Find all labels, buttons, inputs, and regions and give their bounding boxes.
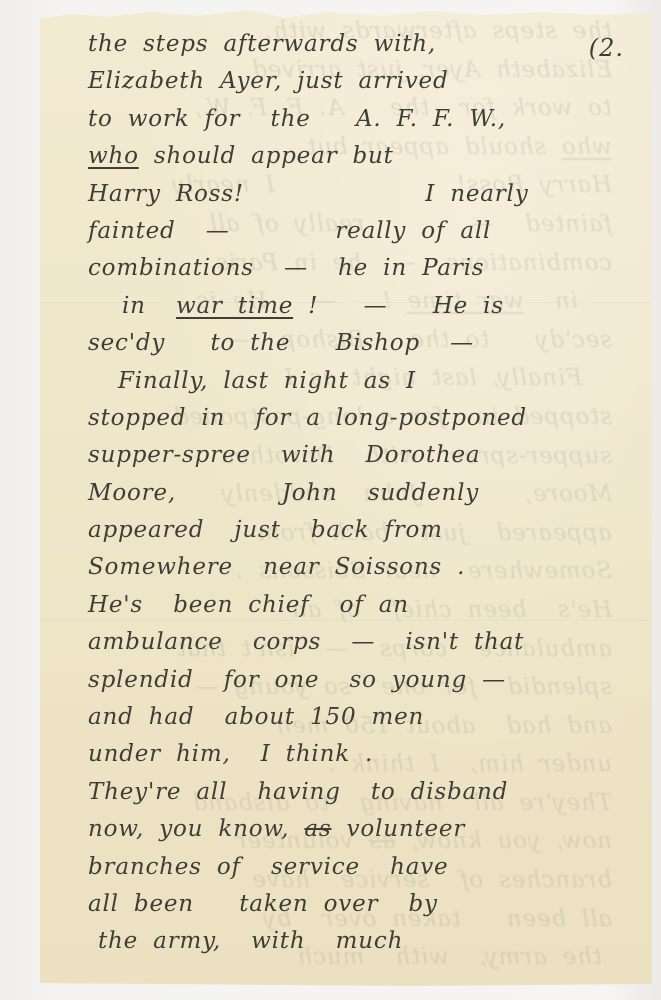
handwritten-text: He's been chief of an	[88, 592, 409, 618]
handwritten-line: supper-spree with Dorothea	[88, 437, 638, 474]
handwritten-text: volunteer	[332, 816, 466, 842]
handwritten-line: Finally, last night as I	[88, 363, 638, 400]
handwriting-layer: the steps afterwards with,Elizabeth Ayer…	[88, 26, 638, 961]
handwritten-line: all been taken over by	[88, 886, 638, 923]
handwritten-text: stopped in for a long-postponed	[88, 405, 527, 431]
handwritten-text: as	[304, 816, 331, 842]
handwritten-line: in war time ! — He is	[88, 288, 638, 325]
handwritten-text: all been taken over by	[88, 891, 438, 917]
handwritten-text: the army, with much	[98, 928, 403, 954]
handwritten-line: He's been chief of an	[88, 587, 638, 624]
handwritten-text: Elizabeth Ayer, just arrived	[88, 68, 449, 94]
handwritten-line: Elizabeth Ayer, just arrived	[88, 63, 638, 100]
handwritten-line: to work for the A. F. F. W.,	[88, 101, 638, 138]
handwritten-text: to work for the A. F. F. W.,	[88, 106, 506, 132]
handwritten-text: ambulance corps — isn't that	[88, 629, 524, 655]
handwritten-line: Somewhere near Soissons .	[88, 549, 638, 586]
handwritten-text: Moore, John suddenly	[88, 480, 479, 506]
handwritten-line: They're all having to disband	[88, 774, 638, 811]
handwritten-line: combinations — he in Paris	[88, 250, 638, 287]
handwritten-text: and had about 150 men	[88, 704, 424, 730]
handwritten-text: now, you know,	[88, 816, 304, 842]
handwritten-text: who	[88, 143, 139, 169]
handwritten-text: sec'dy to the Bishop —	[88, 330, 474, 356]
handwritten-line: the steps afterwards with,	[88, 26, 638, 63]
handwritten-text: Harry Ross! I nearly	[88, 181, 529, 207]
handwritten-text: They're all having to disband	[88, 779, 508, 805]
handwritten-text: the steps afterwards with,	[88, 31, 436, 57]
handwritten-line: branches of service have	[88, 849, 638, 886]
handwritten-line: now, you know, as volunteer	[88, 811, 638, 848]
handwritten-line: sec'dy to the Bishop —	[88, 325, 638, 362]
handwritten-line: who should appear but	[88, 138, 638, 175]
handwritten-text: Finally, last night as I	[118, 368, 416, 394]
handwritten-text: ! — He is	[293, 293, 504, 319]
handwritten-text: branches of service have	[88, 854, 448, 880]
handwritten-line: Moore, John suddenly	[88, 475, 638, 512]
handwritten-line: appeared just back from	[88, 512, 638, 549]
handwritten-text: in	[122, 293, 176, 319]
handwritten-line: under him, I think .	[88, 736, 638, 773]
page-number: (2.	[589, 34, 624, 62]
handwritten-line: fainted — really of all	[88, 213, 638, 250]
handwritten-text: fainted — really of all	[88, 218, 491, 244]
handwritten-line: splendid for one so young —	[88, 662, 638, 699]
handwritten-text: appeared just back from	[88, 517, 443, 543]
handwritten-text: supper-spree with Dorothea	[88, 442, 480, 468]
handwritten-text: under him, I think .	[88, 741, 373, 767]
letter-page: the steps afterwards with,Elizabeth Ayer…	[40, 10, 652, 986]
handwritten-text: combinations — he in Paris	[88, 255, 484, 281]
handwritten-text: Somewhere near Soissons .	[88, 554, 465, 580]
handwritten-line: the army, with much	[88, 923, 638, 960]
handwritten-line: and had about 150 men	[88, 699, 638, 736]
handwritten-text: splendid for one so young —	[88, 667, 506, 693]
handwritten-line: ambulance corps — isn't that	[88, 624, 638, 661]
handwritten-text: war time	[176, 293, 293, 319]
handwritten-line: stopped in for a long-postponed	[88, 400, 638, 437]
handwritten-text: should appear but	[139, 143, 394, 169]
handwritten-line: Harry Ross! I nearly	[88, 176, 638, 213]
